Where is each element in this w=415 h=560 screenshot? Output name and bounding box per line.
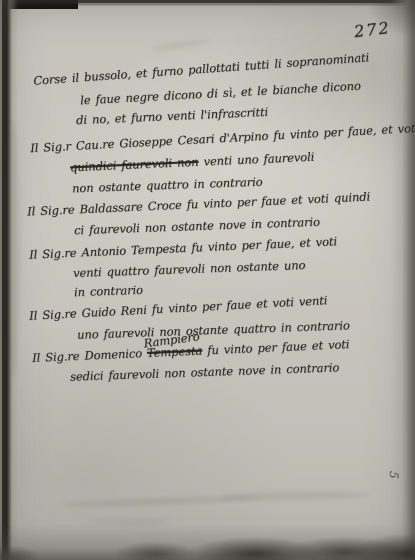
page-bottom-edge: [0, 524, 415, 560]
manuscript-line: venti quattro faurevoli non ostante uno: [73, 258, 306, 280]
manuscript-line: di no, et furno venti l'infrascritti: [76, 105, 269, 127]
line-text: Il Sig.re Domenico: [32, 346, 147, 365]
margin-mark: 5: [387, 471, 402, 480]
manuscript-line-with-deletion: quindici faurevoli non venti uno faurevo…: [70, 150, 315, 175]
struck-text: quindici faurevoli non: [70, 155, 199, 175]
manuscript-line: le faue negre dicono di sì, et le bianch…: [80, 79, 361, 108]
bleedthrough-smudge: [220, 491, 370, 502]
page-top-edge: [0, 0, 415, 8]
manuscript-line: sedici faurevoli non ostante nove in con…: [70, 360, 340, 383]
bleedthrough-smudge: [6, 120, 20, 380]
line-text: venti uno faurevoli: [198, 150, 314, 169]
line-text: fu vinto per faue et voti: [202, 337, 350, 357]
bleedthrough-smudge: [150, 38, 210, 52]
manuscript-line: in contrario: [74, 283, 143, 299]
manuscript-line: non ostante quattro in contrario: [72, 175, 263, 196]
manuscript-line: ci faurevoli non ostante nove in contrar…: [74, 215, 320, 238]
manuscript-page: 272 Corse il bussolo, et furno pallottat…: [0, 0, 415, 560]
